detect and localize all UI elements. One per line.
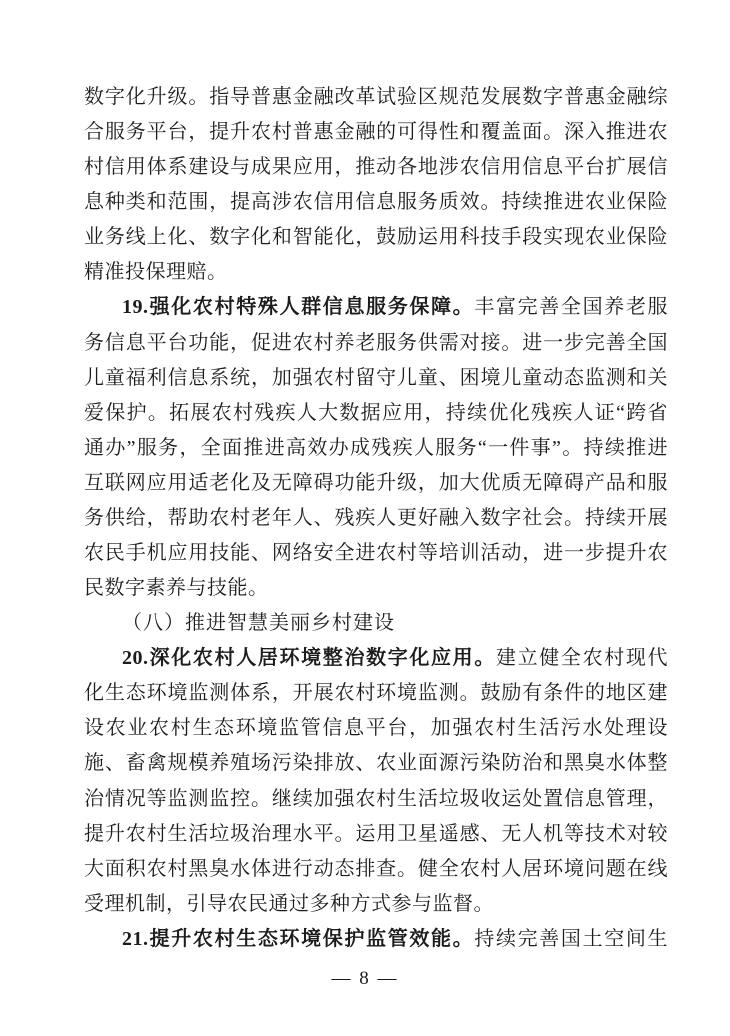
- text-line: 农民手机应用技能、网络安全进农村等培训活动，进一步提升农: [84, 536, 668, 571]
- text-segment: 儿童福利信息系统，加强农村留守儿童、困境儿童动态监测和关: [84, 367, 668, 389]
- text-segment: 治情况等监测监控。继续加强农村生活垃圾收运处置信息管理，: [84, 788, 668, 810]
- text-segment: 互联网应用适老化及无障碍功能升级，加大优质无障碍产品和服: [84, 472, 668, 494]
- text-line: 儿童福利信息系统，加强农村留守儿童、困境儿童动态监测和关: [84, 361, 668, 396]
- text-line: 受理机制，引导农民通过多种方式参与监督。: [84, 887, 668, 922]
- text-line: 提升农村生活垃圾治理水平。运用卫星遥感、无人机等技术对较: [84, 817, 668, 852]
- text-segment: 丰富完善全国养老服: [474, 296, 668, 318]
- text-segment: 农民手机应用技能、网络安全进农村等培训活动，进一步提升农: [84, 542, 668, 564]
- text-line: 精准投保理赔。: [84, 255, 668, 290]
- text-segment: 息种类和范围，提高涉农信用信息服务质效。持续推进农业保险: [84, 191, 668, 213]
- text-segment: 务信息平台功能，促进农村养老服务供需对接。进一步完善全国: [84, 332, 668, 354]
- text-segment: 化生态环境监测体系，开展农村环境监测。鼓励有条件的地区建: [84, 682, 668, 704]
- paragraph-number-heading: 20.深化农村人居环境整治数字化应用。: [122, 647, 496, 669]
- text-line: 息种类和范围，提高涉农信用信息服务质效。持续推进农业保险: [84, 185, 668, 220]
- text-line: 19.强化农村特殊人群信息服务保障。丰富完善全国养老服: [84, 290, 668, 325]
- text-line: 化生态环境监测体系，开展农村环境监测。鼓励有条件的地区建: [84, 676, 668, 711]
- text-segment: 通办”服务，全面推进高效办成残疾人服务“一件事”。持续推进: [84, 437, 668, 459]
- text-line: 互联网应用适老化及无障碍功能升级，加大优质无障碍产品和服: [84, 466, 668, 501]
- text-line: 治情况等监测监控。继续加强农村生活垃圾收运处置信息管理，: [84, 782, 668, 817]
- paragraph-continuation-18: 数字化升级。指导普惠金融改革试验区规范发展数字普惠金融综合服务平台，提升农村普惠…: [84, 80, 668, 290]
- text-line: 大面积农村黑臭水体进行动态排查。健全农村人居环境问题在线: [84, 852, 668, 887]
- text-segment: 施、畜禽规模养殖场污染排放、农业面源污染防治和黑臭水体整: [84, 752, 668, 774]
- text-segment: 提升农村生活垃圾治理水平。运用卫星遥感、无人机等技术对较: [84, 823, 668, 845]
- text-segment: 精准投保理赔。: [84, 261, 228, 283]
- text-segment: 设农业农村生态环境监管信息平台，加强农村生活污水处理设: [84, 717, 668, 739]
- text-line: 设农业农村生态环境监管信息平台，加强农村生活污水处理设: [84, 711, 668, 746]
- paragraph-number-heading: 21.提升农村生态环境保护监管效能。: [122, 928, 474, 950]
- text-line: 通办”服务，全面推进高效办成残疾人服务“一件事”。持续推进: [84, 431, 668, 466]
- paragraph-21: 21.提升农村生态环境保护监管效能。持续完善国土空间生: [84, 922, 668, 957]
- document-body: 数字化升级。指导普惠金融改革试验区规范发展数字普惠金融综合服务平台，提升农村普惠…: [84, 80, 668, 957]
- text-segment: 数字化升级。指导普惠金融改革试验区规范发展数字普惠金融综: [84, 86, 668, 108]
- text-segment: 受理机制，引导农民通过多种方式参与监督。: [84, 893, 494, 915]
- text-line: 合服务平台，提升农村普惠金融的可得性和覆盖面。深入推进农: [84, 115, 668, 150]
- text-line: 民数字素养与技能。: [84, 571, 668, 606]
- text-line: 务供给，帮助农村老年人、残疾人更好融入数字社会。持续开展: [84, 501, 668, 536]
- text-segment: 合服务平台，提升农村普惠金融的可得性和覆盖面。深入推进农: [84, 121, 668, 143]
- document-page: 数字化升级。指导普惠金融改革试验区规范发展数字普惠金融综合服务平台，提升农村普惠…: [0, 0, 730, 1036]
- text-segment: 大面积农村黑臭水体进行动态排查。健全农村人居环境问题在线: [84, 858, 668, 880]
- text-segment: 持续完善国土空间生: [474, 928, 668, 950]
- text-line: 爱保护。拓展农村残疾人大数据应用，持续优化残疾人证“跨省: [84, 396, 668, 431]
- text-segment: 业务线上化、数字化和智能化，鼓励运用科技手段实现农业保险: [84, 226, 668, 248]
- text-segment: 务供给，帮助农村老年人、残疾人更好融入数字社会。持续开展: [84, 507, 668, 529]
- page-footer: — 8 —: [0, 968, 730, 990]
- text-segment: 建立健全农村现代: [496, 647, 668, 669]
- paragraph-19: 19.强化农村特殊人群信息服务保障。丰富完善全国养老服务信息平台功能，促进农村养…: [84, 290, 668, 606]
- text-line: 20.深化农村人居环境整治数字化应用。建立健全农村现代: [84, 641, 668, 676]
- text-segment: 村信用体系建设与成果应用，推动各地涉农信用信息平台扩展信: [84, 156, 668, 178]
- text-line: 村信用体系建设与成果应用，推动各地涉农信用信息平台扩展信: [84, 150, 668, 185]
- page-number: — 8 —: [332, 968, 399, 989]
- text-segment: 民数字素养与技能。: [84, 577, 269, 599]
- text-line: 业务线上化、数字化和智能化，鼓励运用科技手段实现农业保险: [84, 220, 668, 255]
- paragraph-20: 20.深化农村人居环境整治数字化应用。建立健全农村现代化生态环境监测体系，开展农…: [84, 641, 668, 922]
- text-line: 务信息平台功能，促进农村养老服务供需对接。进一步完善全国: [84, 326, 668, 361]
- text-line: （八）推进智慧美丽乡村建设: [84, 606, 668, 641]
- section-heading-8: （八）推进智慧美丽乡村建设: [84, 606, 668, 641]
- paragraph-number-heading: 19.强化农村特殊人群信息服务保障。: [122, 296, 474, 318]
- text-line: 数字化升级。指导普惠金融改革试验区规范发展数字普惠金融综: [84, 80, 668, 115]
- text-segment: （八）推进智慧美丽乡村建设: [122, 612, 395, 634]
- text-line: 21.提升农村生态环境保护监管效能。持续完善国土空间生: [84, 922, 668, 957]
- text-line: 施、畜禽规模养殖场污染排放、农业面源污染防治和黑臭水体整: [84, 746, 668, 781]
- text-segment: 爱保护。拓展农村残疾人大数据应用，持续优化残疾人证“跨省: [84, 402, 668, 424]
